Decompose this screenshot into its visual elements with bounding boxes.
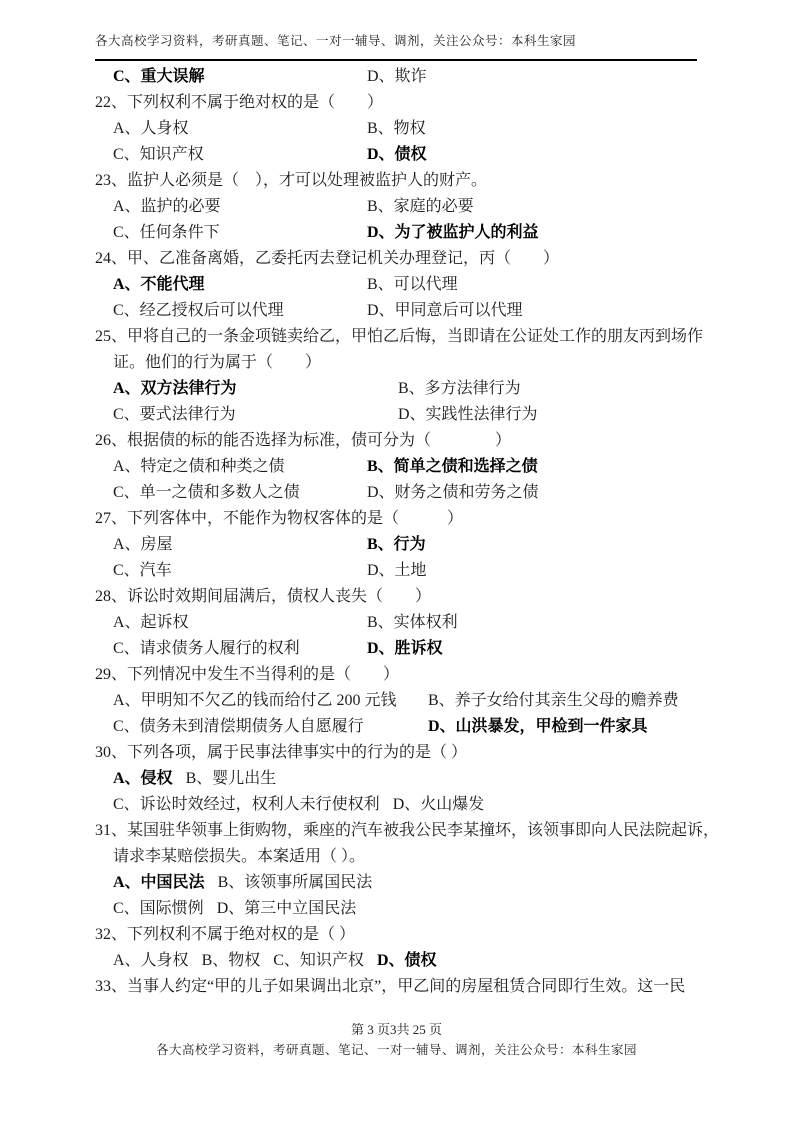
option-23-d: D、为了被监护人的利益	[367, 220, 539, 246]
option-31-d: D、第三中立国民法	[217, 900, 357, 917]
page-header-text: 各大高校学习资料，考研真题、笔记、一对一辅导、调剂，关注公众号：本科生家园	[95, 31, 576, 49]
option-32-c: C、知识产权	[273, 952, 364, 969]
option-26-c: C、单一之债和多数人之债	[113, 480, 367, 506]
option-22-b: B、物权	[367, 116, 426, 142]
option-27-d: D、土地	[367, 558, 427, 584]
option-30-b: B、婴儿出生	[186, 770, 277, 787]
option-22-c: C、知识产权	[113, 142, 367, 168]
question-31-options-cd: C、国际惯例 D、第三中立国民法	[0, 896, 793, 922]
question-30-options-cd: C、诉讼时效经过，权利人未行使权利 D、火山爆发	[0, 792, 793, 818]
question-27-options-ab: A、房屋 B、行为	[0, 532, 793, 558]
question-24-options-cd: C、经乙授权后可以代理 D、甲同意后可以代理	[0, 298, 793, 324]
option-26-b: B、简单之债和选择之债	[367, 454, 538, 480]
carryover-option-d: D、欺诈	[367, 64, 427, 90]
question-28-stem: 28、诉讼时效期间届满后，债权人丧失（ ）	[0, 584, 793, 610]
option-28-c: C、请求债务人履行的权利	[113, 636, 367, 662]
option-22-a: A、人身权	[113, 116, 367, 142]
option-32-d: D、债权	[377, 952, 437, 969]
exam-page-content: C、重大误解 D、欺诈 22、下列权利不属于绝对权的是（ ） A、人身权 B、物…	[0, 64, 793, 1000]
question-26-options-ab: A、特定之债和种类之债 B、简单之债和选择之债	[0, 454, 793, 480]
option-29-b: B、养子女给付其亲生父母的赡养费	[428, 688, 679, 714]
question-25-stem-line2: 证。他们的行为属于（ ）	[0, 350, 793, 376]
question-31-stem-line1: 31、某国驻华领事上街购物，乘座的汽车被我公民李某撞坏，该领事即向人民法院起诉，	[0, 818, 793, 844]
question-26-options-cd: C、单一之债和多数人之债 D、财务之债和劳务之债	[0, 480, 793, 506]
option-23-c: C、任何条件下	[113, 220, 367, 246]
option-22-d: D、债权	[367, 142, 427, 168]
question-31-stem-line2: 请求李某赔偿损失。本案适用（ ）。	[0, 844, 793, 870]
question-30-options-ab: A、侵权 B、婴儿出生	[0, 766, 793, 792]
option-25-a: A、双方法律行为	[113, 376, 398, 402]
question-22-stem: 22、下列权利不属于绝对权的是（ ）	[0, 90, 793, 116]
option-25-b: B、多方法律行为	[398, 376, 521, 402]
option-31-b: B、该领事所属国民法	[218, 874, 373, 891]
question-29-options-cd: C、债务未到清偿期债务人自愿履行 D、山洪暴发，甲检到一件家具	[0, 714, 793, 740]
option-23-b: B、家庭的必要	[367, 194, 474, 220]
question-30-stem: 30、下列各项，属于民事法律事实中的行为的是（ ）	[0, 740, 793, 766]
option-26-d: D、财务之债和劳务之债	[367, 480, 539, 506]
question-24-options-ab: A、不能代理 B、可以代理	[0, 272, 793, 298]
question-22-options-cd: C、知识产权 D、债权	[0, 142, 793, 168]
footer-page-number: 第 3 页3共 25 页	[0, 1019, 793, 1038]
question-32-options-abcd: A、人身权 B、物权 C、知识产权 D、债权	[0, 948, 793, 974]
question-25-options-ab: A、双方法律行为 B、多方法律行为	[0, 376, 793, 402]
option-25-d: D、实践性法律行为	[398, 402, 538, 428]
option-32-b: B、物权	[202, 952, 261, 969]
option-24-c: C、经乙授权后可以代理	[113, 298, 367, 324]
carryover-options-row: C、重大误解 D、欺诈	[0, 64, 793, 90]
option-25-c: C、要式法律行为	[113, 402, 398, 428]
option-27-a: A、房屋	[113, 532, 367, 558]
question-28-options-cd: C、请求债务人履行的权利 D、胜诉权	[0, 636, 793, 662]
question-32-stem: 32、下列权利不属于绝对权的是（ ）	[0, 922, 793, 948]
option-28-b: B、实体权利	[367, 610, 458, 636]
question-23-stem: 23、监护人必须是（ ），才可以处理被监护人的财产。	[0, 168, 793, 194]
question-23-options-ab: A、监护的必要 B、家庭的必要	[0, 194, 793, 220]
option-29-a: A、甲明知不欠乙的钱而给付乙 200 元钱	[113, 688, 428, 714]
carryover-option-c: C、重大误解	[113, 64, 367, 90]
option-24-d: D、甲同意后可以代理	[367, 298, 523, 324]
question-29-stem: 29、下列情况中发生不当得利的是（ ）	[0, 662, 793, 688]
option-28-d: D、胜诉权	[367, 636, 443, 662]
question-24-stem: 24、甲、乙准备离婚，乙委托丙去登记机关办理登记，丙（ ）	[0, 246, 793, 272]
option-30-d: D、火山爆发	[393, 796, 485, 813]
question-25-stem-line1: 25、甲将自己的一条金项链卖给乙，甲怕乙后悔，当即请在公证处工作的朋友丙到场作	[0, 324, 793, 350]
option-24-b: B、可以代理	[367, 272, 458, 298]
option-32-a: A、人身权	[113, 952, 189, 969]
question-25-options-cd: C、要式法律行为 D、实践性法律行为	[0, 402, 793, 428]
question-26-stem: 26、根据债的标的能否选择为标准，债可分为（ ）	[0, 428, 793, 454]
footer-note-text: 各大高校学习资料，考研真题、笔记、一对一辅导、调剂，关注公众号：本科生家园	[0, 1040, 793, 1058]
option-23-a: A、监护的必要	[113, 194, 367, 220]
question-27-stem: 27、下列客体中，不能作为物权客体的是（ ）	[0, 506, 793, 532]
question-23-options-cd: C、任何条件下 D、为了被监护人的利益	[0, 220, 793, 246]
option-28-a: A、起诉权	[113, 610, 367, 636]
option-27-b: B、行为	[367, 532, 426, 558]
question-28-options-ab: A、起诉权 B、实体权利	[0, 610, 793, 636]
option-30-a: A、侵权	[113, 770, 173, 787]
question-31-options-ab: A、中国民法 B、该领事所属国民法	[0, 870, 793, 896]
option-30-c: C、诉讼时效经过，权利人未行使权利	[113, 796, 380, 813]
option-31-c: C、国际惯例	[113, 900, 204, 917]
option-31-a: A、中国民法	[113, 874, 205, 891]
option-29-d: D、山洪暴发，甲检到一件家具	[428, 714, 648, 740]
option-26-a: A、特定之债和种类之债	[113, 454, 367, 480]
question-22-options-ab: A、人身权 B、物权	[0, 116, 793, 142]
option-27-c: C、汽车	[113, 558, 367, 584]
question-27-options-cd: C、汽车 D、土地	[0, 558, 793, 584]
question-33-stem: 33、当事人约定“甲的儿子如果调出北京”，甲乙间的房屋租赁合同即行生效。这一民	[0, 974, 793, 1000]
question-29-options-ab: A、甲明知不欠乙的钱而给付乙 200 元钱 B、养子女给付其亲生父母的赡养费	[0, 688, 793, 714]
header-divider-line	[95, 59, 697, 61]
option-24-a: A、不能代理	[113, 272, 367, 298]
option-29-c: C、债务未到清偿期债务人自愿履行	[113, 714, 428, 740]
